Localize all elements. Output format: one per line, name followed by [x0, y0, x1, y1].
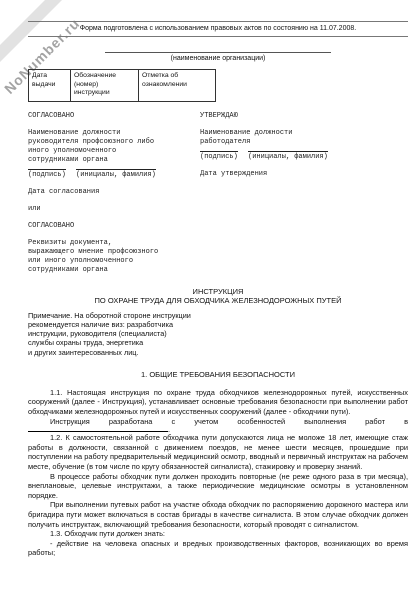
agreed-column: СОГЛАСОВАНО Наименование должности руков… — [28, 112, 198, 275]
table-header-acknowledgement: Отметка об ознакомлении — [139, 70, 216, 102]
agreed-details-line: Реквизиты документа, — [28, 239, 198, 248]
approved-role-line: Наименование должности — [200, 129, 405, 138]
agreed-details-line: или иного уполномоченного — [28, 257, 198, 266]
paragraph-1-1: 1.1. Настоящая инструкция по охране труд… — [28, 388, 408, 417]
organization-caption: (наименование организации) — [171, 55, 266, 62]
document-title-line1: ИНСТРУКЦИЯ — [28, 287, 408, 297]
agreed-title: СОГЛАСОВАНО — [28, 112, 198, 121]
agreed-role-line: иного уполномоченного — [28, 147, 198, 156]
paragraph-1-2: 1.2. К самостоятельной работе обходчика … — [28, 433, 408, 471]
document-title-line2: ПО ОХРАНЕ ТРУДА ДЛЯ ОБХОДЧИКА ЖЕЛЕЗНОДОР… — [28, 296, 408, 306]
signature-caption: (подпись) — [28, 169, 66, 180]
approved-title: УТВЕРЖДАЮ — [200, 112, 405, 121]
note-line: Примечание. На оборотной стороне инструк… — [28, 311, 408, 320]
agreed-role-line: Наименование должности — [28, 129, 198, 138]
name-caption: (инициалы, фамилия) — [76, 169, 156, 180]
agreed-details-line: сотрудниками органа — [28, 266, 198, 275]
note-line: инструкции, руководителя (специалиста) — [28, 329, 408, 338]
paragraph-1-3-item: - действие на человека опасных и вредных… — [28, 539, 408, 558]
agreed-signature-row: (подпись) (инициалы, фамилия) — [28, 169, 198, 180]
table-header-issue-date: Дата выдачи — [29, 70, 71, 102]
approved-column: УТВЕРЖДАЮ Наименование должности работод… — [200, 112, 405, 179]
form-prepared-note: Форма подготовлена с использованием прав… — [28, 21, 408, 37]
signature-caption: (подпись) — [200, 151, 238, 162]
agreed-role-line: руководителя профсоюзного либо — [28, 138, 198, 147]
section-1-heading: 1. ОБЩИЕ ТРЕБОВАНИЯ БЕЗОПАСНОСТИ — [28, 370, 408, 379]
table-row: Дата выдачи Обозначение (номер) инструкц… — [29, 70, 216, 102]
agreed-role-line: сотрудниками органа — [28, 156, 198, 165]
agreed-date-label: Дата согласования — [28, 188, 198, 197]
fill-in-blank-line: . — [28, 426, 408, 433]
agreed-details-line: выражающего мнение профсоюзного — [28, 248, 198, 257]
instruction-info-table: Дата выдачи Обозначение (номер) инструкц… — [28, 69, 216, 102]
note-line: рекомендуется наличие виз: разработчика — [28, 320, 408, 329]
page-content: Форма подготовлена с использованием прав… — [0, 21, 420, 558]
note-line: службы охраны труда, энергетика — [28, 338, 408, 347]
paragraph-1-3: 1.3. Обходчик пути должен знать: — [28, 529, 408, 539]
paragraph-1-2-continued: В процессе работы обходчик пути должен п… — [28, 472, 408, 501]
approved-role-line: работодателя — [200, 138, 405, 147]
approved-date-label: Дата утверждения — [200, 170, 405, 179]
note-block: Примечание. На оборотной стороне инструк… — [28, 311, 408, 357]
paragraph-developed-in: Инструкция разработана с учетом особенно… — [28, 417, 408, 427]
name-caption: (инициалы, фамилия) — [248, 151, 328, 162]
paragraph-1-2-continued-2: При выполнении путевых работ на участке … — [28, 500, 408, 529]
document-page: NoNumber.ru Форма подготовлена с использ… — [0, 0, 420, 600]
table-header-instruction-number: Обозначение (номер) инструкции — [71, 70, 139, 102]
blank-underline — [28, 426, 168, 432]
approved-signature-row: (подпись) (инициалы, фамилия) — [200, 151, 405, 162]
or-label: или — [28, 205, 198, 214]
approval-block: СОГЛАСОВАНО Наименование должности руков… — [28, 112, 408, 280]
organization-name-line: (наименование организации) — [105, 52, 331, 62]
agreed2-title: СОГЛАСОВАНО — [28, 222, 198, 231]
note-line: и других заинтересованных лиц. — [28, 348, 408, 357]
document-title: ИНСТРУКЦИЯ ПО ОХРАНЕ ТРУДА ДЛЯ ОБХОДЧИКА… — [28, 287, 408, 306]
